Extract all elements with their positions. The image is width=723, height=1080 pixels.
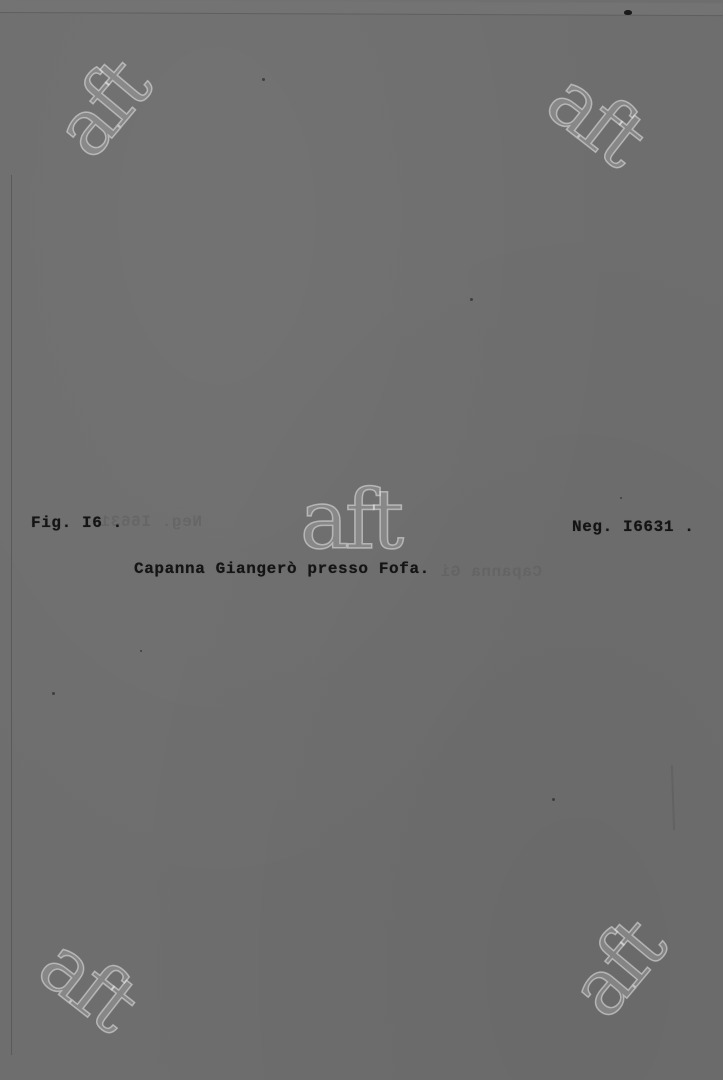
figure-number: Fig. I6 . bbox=[31, 514, 123, 532]
dust-speck bbox=[620, 497, 622, 499]
negative-number: Neg. I6631 . bbox=[572, 518, 694, 536]
ink-mark bbox=[624, 10, 632, 15]
dust-speck bbox=[140, 650, 142, 652]
archival-index-card: Neg. I6631 Capanna Gi aft aft aft aft af… bbox=[0, 0, 723, 1080]
watermark-top-left: aft bbox=[42, 48, 163, 171]
card-top-edge bbox=[0, 0, 723, 16]
watermark-top-right: aft bbox=[534, 59, 657, 179]
dust-speck bbox=[262, 78, 265, 81]
bleed-through-text: Capanna Gi bbox=[440, 563, 542, 581]
left-margin-rule bbox=[11, 175, 12, 1055]
scratch-mark bbox=[671, 765, 675, 830]
watermark-bottom-right: aft bbox=[557, 908, 678, 1031]
photo-caption: Capanna Giangerò presso Fofa. bbox=[134, 560, 430, 578]
watermark-bottom-left: aft bbox=[26, 924, 149, 1044]
dust-speck bbox=[552, 798, 555, 801]
dust-speck bbox=[470, 298, 473, 301]
watermark-center: aft bbox=[300, 480, 400, 562]
dust-speck bbox=[52, 692, 55, 695]
